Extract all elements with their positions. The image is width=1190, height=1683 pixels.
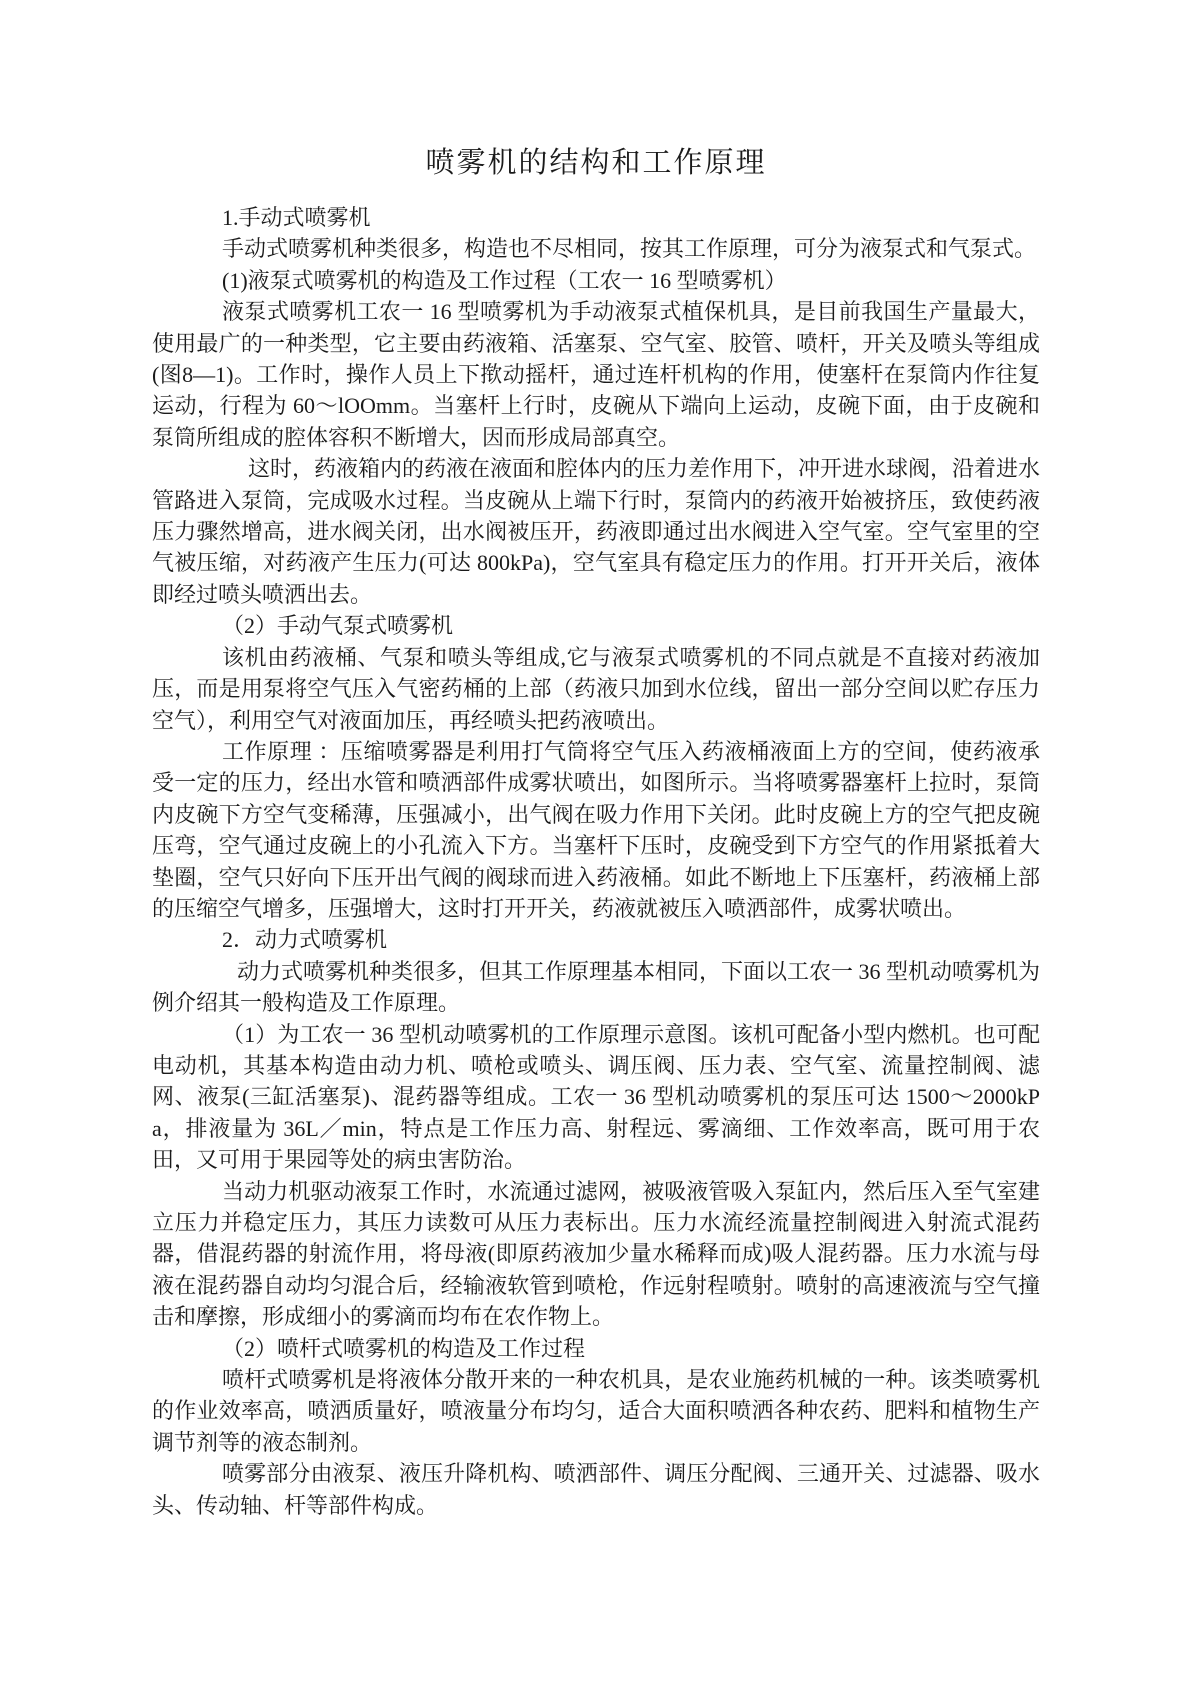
paragraph: (1)液泵式喷雾机的构造及工作过程（工农一 16 型喷雾机）: [152, 265, 1040, 296]
document-title: 喷雾机的结构和工作原理: [152, 0, 1040, 190]
paragraph: （2）喷杆式喷雾机的构造及工作过程: [152, 1333, 1040, 1364]
document-page: 喷雾机的结构和工作原理 1.手动式喷雾机手动式喷雾机种类很多，构造也不尽相同，按…: [0, 0, 1190, 1683]
paragraph: 这时，药液箱内的药液在液面和腔体内的压力差作用下，冲开进水球阀，沿着进水管路进入…: [152, 453, 1040, 610]
paragraph: 1.手动式喷雾机: [152, 202, 1040, 233]
paragraph: 当动力机驱动液泵工作时，水流通过滤网，被吸液管吸入泵缸内，然后压入至气室建立压力…: [152, 1176, 1040, 1333]
paragraph: 工作原理 ：压缩喷雾器是利用打气筒将空气压入药液桶液面上方的空间，使药液承受一定…: [152, 736, 1040, 924]
paragraph: （2）手动气泵式喷雾机: [152, 610, 1040, 641]
paragraph: （1）为工农一 36 型机动喷雾机的工作原理示意图。该机可配备小型内燃机。也可配…: [152, 1019, 1040, 1176]
paragraph: 喷雾部分由液泵、液压升降机构、喷洒部件、调压分配阀、三通开关、过滤器、吸水头、传…: [152, 1458, 1040, 1521]
paragraph: 喷杆式喷雾机是将液体分散开来的一种农机具，是农业施药机械的一种。该类喷雾机的作业…: [152, 1364, 1040, 1458]
document-content: 喷雾机的结构和工作原理 1.手动式喷雾机手动式喷雾机种类很多，构造也不尽相同，按…: [152, 0, 1040, 1521]
paragraph: 手动式喷雾机种类很多，构造也不尽相同，按其工作原理，可分为液泵式和气泵式。: [152, 233, 1040, 264]
paragraph: 动力式喷雾机种类很多，但其工作原理基本相同，下面以工农一 36 型机动喷雾机为例…: [152, 956, 1040, 1019]
paragraph: 该机由药液桶、气泵和喷头等组成,它与液泵式喷雾机的不同点就是不直接对药液加压，而…: [152, 642, 1040, 736]
paragraph: 液泵式喷雾机工农一 16 型喷雾机为手动液泵式植保机具，是目前我国生产量最大，使…: [152, 296, 1040, 453]
paragraph: 2．动力式喷雾机: [152, 924, 1040, 955]
document-body: 1.手动式喷雾机手动式喷雾机种类很多，构造也不尽相同，按其工作原理，可分为液泵式…: [152, 202, 1040, 1521]
